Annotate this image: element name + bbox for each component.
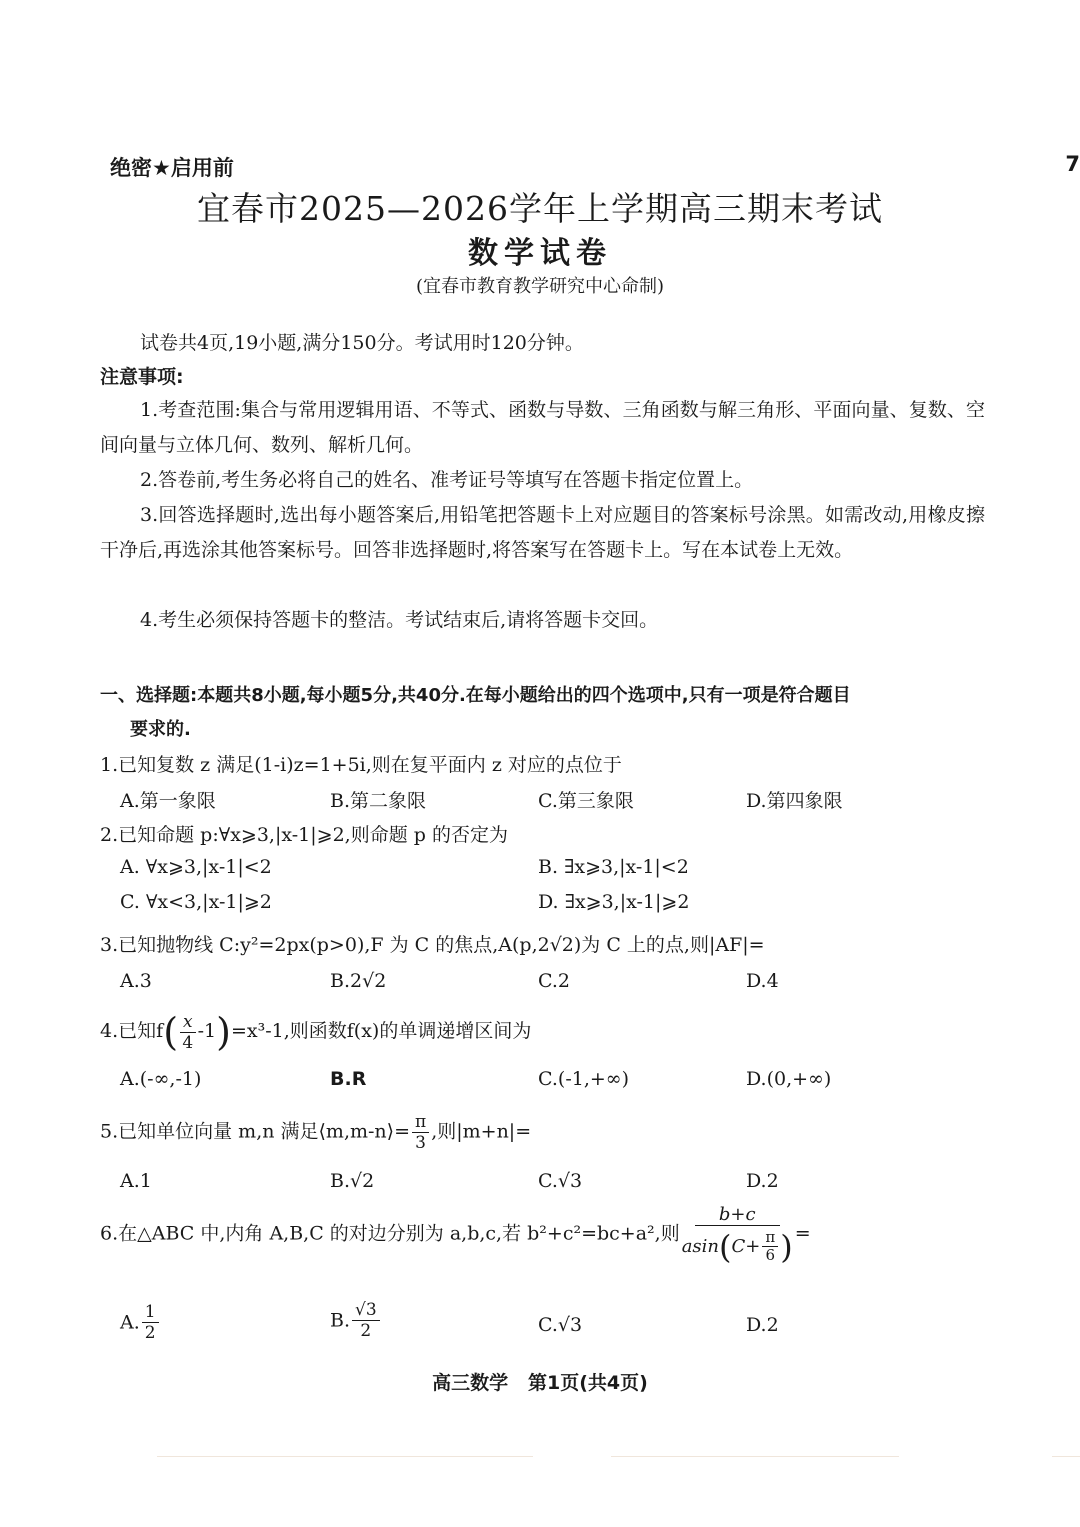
- q2-option-d[interactable]: D. ∃x⩾3,|x-1|⩾2: [538, 891, 689, 913]
- paren-open: (: [719, 1237, 731, 1257]
- question-stem: 已知命题 p:∀x⩾3,|x-1|⩾2,则命题 p 的否定为: [118, 824, 508, 846]
- question-stem-suffix: ,则|m+n|=: [431, 1121, 531, 1143]
- exam-summary: 试卷共4页,19小题,满分150分。考试用时120分钟。: [140, 326, 584, 361]
- q1-option-a[interactable]: A.第一象限: [120, 786, 216, 813]
- section-heading: 一、选择题:本题共8小题,每小题5分,共40分.在每小题给出的四个选项中,只有一…: [100, 678, 851, 713]
- fraction-numerator: π: [412, 1112, 429, 1133]
- question-number: 3.: [100, 934, 118, 956]
- fraction: 12: [142, 1302, 159, 1343]
- fraction-numerator: 1: [142, 1302, 159, 1323]
- note-item-3: 3.回答选择题时,选出每小题答案后,用铅笔把答题卡上对应题目的答案标号涂黑。如需…: [100, 498, 985, 568]
- fraction-numerator: √3: [352, 1300, 380, 1321]
- question-2: 2.已知命题 p:∀x⩾3,|x-1|⩾2,则命题 p 的否定为: [100, 820, 508, 847]
- q3-option-d[interactable]: D.4: [746, 970, 779, 992]
- question-number: 1.: [100, 754, 118, 776]
- divider-line: [1052, 1456, 1080, 1457]
- q2-option-a[interactable]: A. ∀x⩾3,|x-1|<2: [120, 856, 272, 878]
- exam-issuer: (宜春市教育教学研究中心命制): [0, 272, 1080, 298]
- note-item-4: 4.考生必须保持答题卡的整洁。考试结束后,请将答题卡交回。: [100, 603, 985, 638]
- q5-option-b[interactable]: B.√2: [330, 1170, 374, 1192]
- fraction-denominator: 4: [182, 1033, 193, 1053]
- fraction: b+casin(C+π6): [682, 1205, 793, 1264]
- q2-option-c[interactable]: C. ∀x<3,|x-1|⩾2: [120, 891, 272, 913]
- question-stem: 已知复数 z 满足(1-i)z=1+5i,则在复平面内 z 对应的点位于: [118, 754, 622, 776]
- q6-option-d[interactable]: D.2: [746, 1314, 779, 1336]
- option-label: B.: [330, 1310, 350, 1332]
- fraction-denominator: asin(C+π6): [682, 1226, 793, 1264]
- q3-option-c[interactable]: C.2: [538, 970, 570, 992]
- question-stem-prefix: 在△ABC 中,内角 A,B,C 的对边分别为 a,b,c,若 b²+c²=bc…: [118, 1223, 680, 1245]
- paren-open: (: [163, 1010, 178, 1054]
- confidential-mark: 绝密★启用前: [110, 152, 234, 182]
- section-heading-cont: 要求的.: [130, 712, 191, 747]
- q5-option-c[interactable]: C.√3: [538, 1170, 582, 1192]
- q6-option-a[interactable]: A.12: [120, 1302, 161, 1343]
- corner-mark: 7: [1065, 152, 1080, 176]
- page-footer: 高三数学 第1页(共4页): [0, 1368, 1080, 1395]
- question-1: 1.已知复数 z 满足(1-i)z=1+5i,则在复平面内 z 对应的点位于: [100, 750, 622, 777]
- q6-option-b[interactable]: B.√32: [330, 1300, 382, 1341]
- exam-title: 宜春市2025—2026学年上学期高三期末考试: [0, 183, 1080, 230]
- fraction: √32: [352, 1300, 380, 1341]
- question-stem-prefix: 已知单位向量 m,n 满足⟨m,m-n⟩=: [118, 1121, 410, 1143]
- question-number: 5.: [100, 1121, 118, 1143]
- fraction: π3: [412, 1112, 429, 1153]
- question-stem: 已知抛物线 C:y²=2px(p>0),F 为 C 的焦点,A(p,2√2)为 …: [118, 934, 764, 956]
- note-item-2: 2.答卷前,考生务必将自己的姓名、准考证号等填写在答题卡指定位置上。: [100, 463, 985, 498]
- q5-option-d[interactable]: D.2: [746, 1170, 779, 1192]
- q1-option-d[interactable]: D.第四象限: [746, 786, 843, 813]
- inner-numerator: π: [762, 1229, 778, 1247]
- exam-subject: 数学试卷: [0, 228, 1080, 272]
- q1-option-c[interactable]: C.第三象限: [538, 786, 634, 813]
- q5-option-a[interactable]: A.1: [120, 1170, 152, 1192]
- inner-fraction: π6: [762, 1229, 778, 1264]
- paren-close: ): [216, 1010, 231, 1054]
- fraction-numerator: b+c: [695, 1205, 780, 1226]
- question-stem-suffix: =: [795, 1223, 811, 1245]
- divider-line: [157, 1456, 533, 1457]
- q3-option-a[interactable]: A.3: [120, 970, 152, 992]
- q4-option-b[interactable]: B.R: [330, 1068, 366, 1090]
- den-prefix: asin: [682, 1237, 719, 1257]
- question-stem-mid: -1: [198, 1020, 217, 1042]
- inner-denominator: 6: [766, 1247, 776, 1264]
- q4-option-d[interactable]: D.(0,+∞): [746, 1068, 831, 1090]
- q4-option-a[interactable]: A.(-∞,-1): [120, 1068, 201, 1090]
- question-6: 6.在△ABC 中,内角 A,B,C 的对边分别为 a,b,c,若 b²+c²=…: [100, 1205, 811, 1264]
- question-number: 2.: [100, 824, 118, 846]
- question-stem-suffix: =x³-1,则函数f(x)的单调递增区间为: [231, 1020, 531, 1042]
- fraction-denominator: 3: [415, 1133, 426, 1153]
- question-number: 4.: [100, 1020, 118, 1042]
- q4-option-c[interactable]: C.(-1,+∞): [538, 1068, 629, 1090]
- question-3: 3.已知抛物线 C:y²=2px(p>0),F 为 C 的焦点,A(p,2√2)…: [100, 930, 765, 957]
- question-5: 5.已知单位向量 m,n 满足⟨m,m-n⟩=π3,则|m+n|=: [100, 1112, 531, 1153]
- q6-option-c[interactable]: C.√3: [538, 1314, 582, 1336]
- q2-option-b[interactable]: B. ∃x⩾3,|x-1|<2: [538, 856, 689, 878]
- fraction-numerator: x: [180, 1012, 196, 1033]
- note-item-1: 1.考查范围:集合与常用逻辑用语、不等式、函数与导数、三角函数与解三角形、平面向…: [100, 393, 985, 463]
- q1-option-b[interactable]: B.第二象限: [330, 786, 426, 813]
- fraction-denominator: 2: [360, 1321, 371, 1341]
- paren-close: ): [780, 1237, 792, 1257]
- q3-option-b[interactable]: B.2√2: [330, 970, 386, 992]
- notes-heading: 注意事项:: [100, 360, 184, 395]
- den-inner: C+: [732, 1237, 761, 1257]
- question-number: 6.: [100, 1223, 118, 1245]
- question-stem-prefix: 已知f: [118, 1020, 163, 1042]
- fraction-denominator: 2: [145, 1323, 156, 1343]
- fraction: x4: [180, 1012, 196, 1053]
- divider-line: [611, 1456, 899, 1457]
- question-4: 4.已知f(x4-1)=x³-1,则函数f(x)的单调递增区间为: [100, 1010, 531, 1054]
- option-label: A.: [120, 1312, 140, 1334]
